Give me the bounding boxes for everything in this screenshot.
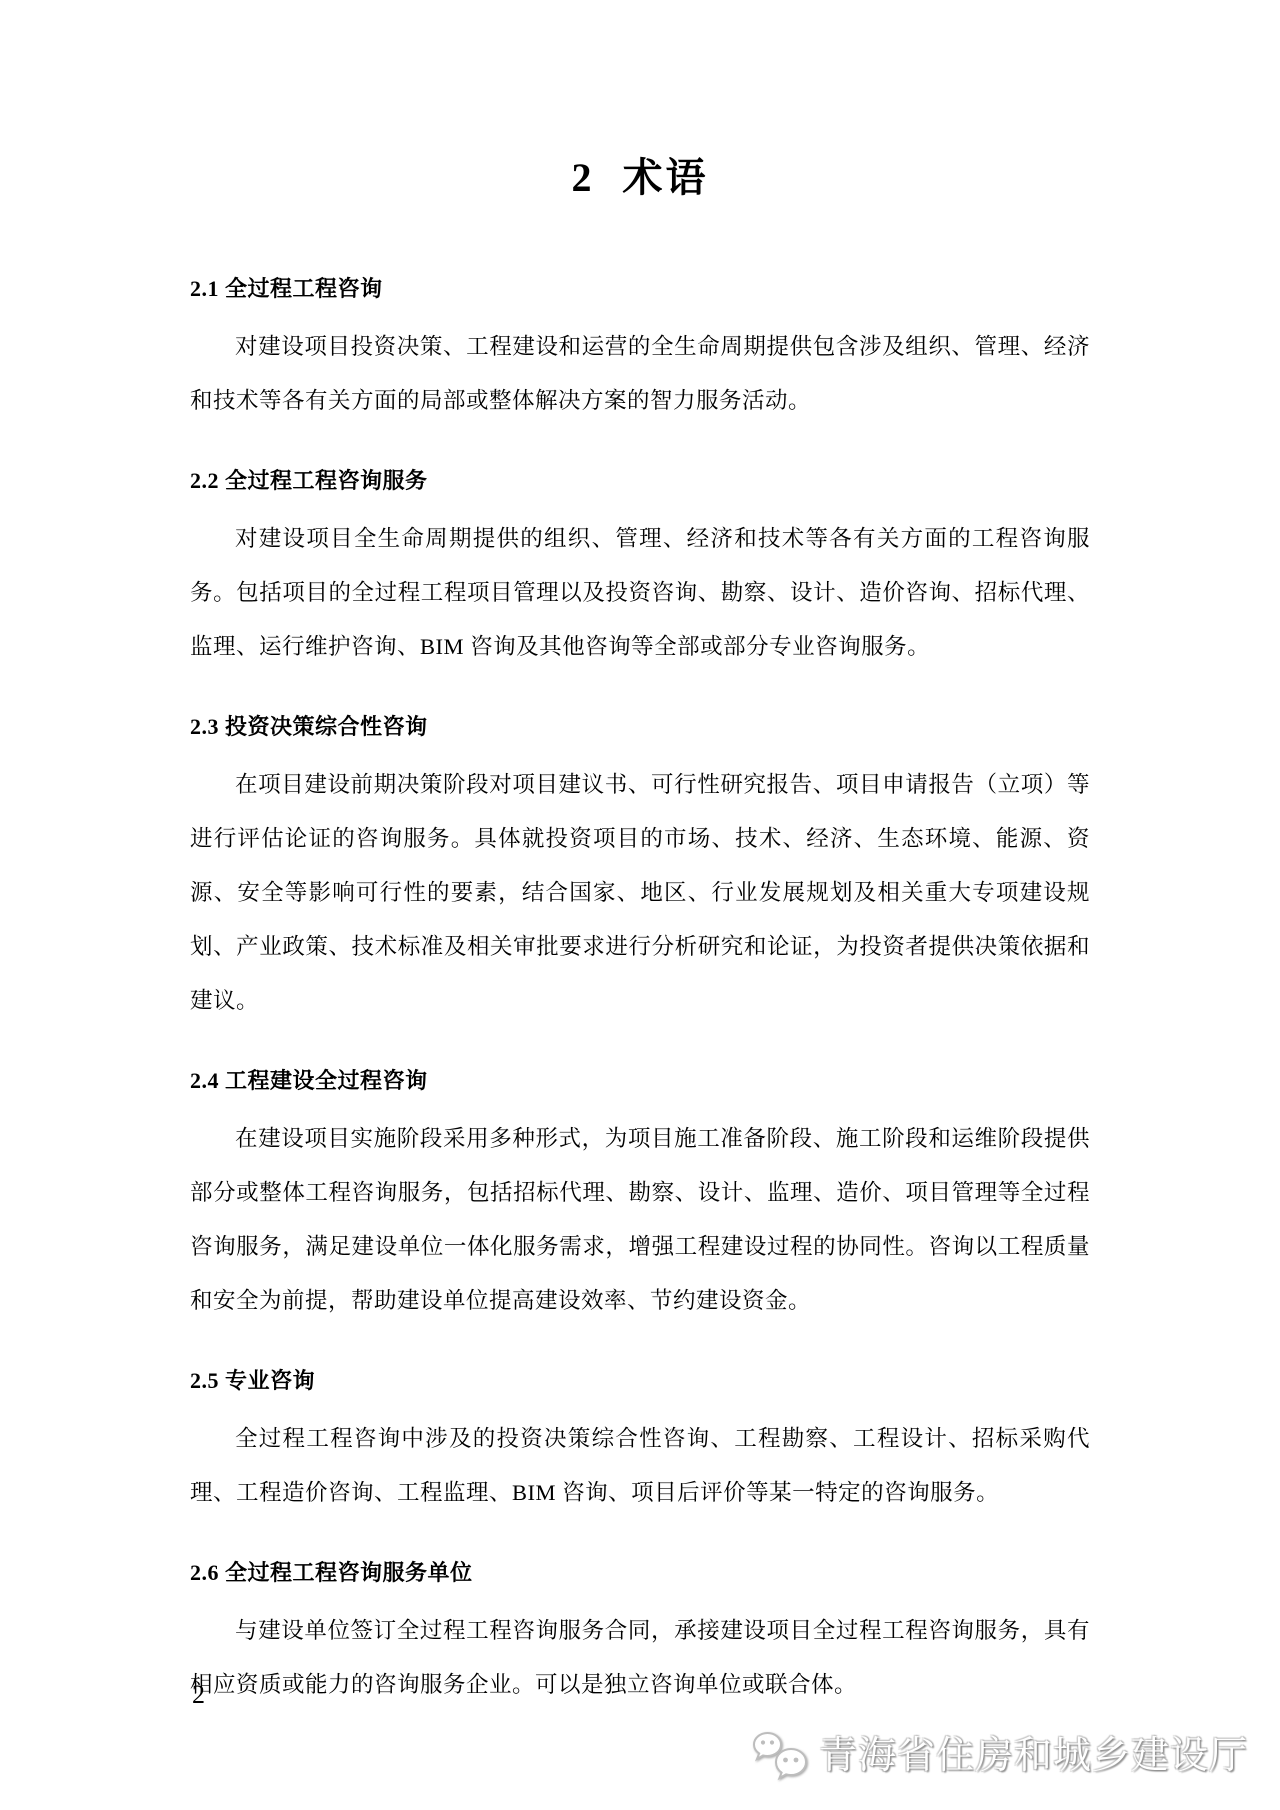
page-number: 2: [192, 1680, 205, 1710]
section-body: 全过程工程咨询中涉及的投资决策综合性咨询、工程勘察、工程设计、招标采购代理、工程…: [190, 1412, 1090, 1520]
section-body: 对建设项目全生命周期提供的组织、管理、经济和技术等各有关方面的工程咨询服务。包括…: [190, 512, 1090, 674]
section-body: 在项目建设前期决策阶段对项目建议书、可行性研究报告、项目申请报告（立项）等进行评…: [190, 758, 1090, 1028]
section-heading: 2.1 全过程工程咨询: [190, 274, 1090, 304]
watermark: 青海省住房和城乡建设厅: [751, 1730, 1248, 1782]
section-2-2: 2.2 全过程工程咨询服务 对建设项目全生命周期提供的组织、管理、经济和技术等各…: [190, 466, 1090, 674]
section-body: 在建设项目实施阶段采用多种形式，为项目施工准备阶段、施工阶段和运维阶段提供部分或…: [190, 1112, 1090, 1328]
chapter-number: 2: [572, 155, 595, 200]
section-body: 与建设单位签订全过程工程咨询服务合同，承接建设项目全过程工程咨询服务，具有相应资…: [190, 1604, 1090, 1712]
section-2-5: 2.5 专业咨询 全过程工程咨询中涉及的投资决策综合性咨询、工程勘察、工程设计、…: [190, 1366, 1090, 1520]
watermark-text: 青海省住房和城乡建设厅: [819, 1734, 1248, 1778]
document-page: 2术语 2.1 全过程工程咨询 对建设项目投资决策、工程建设和运营的全生命周期提…: [0, 0, 1280, 1810]
section-body: 对建设项目投资决策、工程建设和运营的全生命周期提供包含涉及组织、管理、经济和技术…: [190, 320, 1090, 428]
document-content: 2术语 2.1 全过程工程咨询 对建设项目投资决策、工程建设和运营的全生命周期提…: [190, 150, 1090, 1712]
chapter-title-text: 术语: [623, 155, 709, 200]
section-heading: 2.4 工程建设全过程咨询: [190, 1066, 1090, 1096]
wechat-icon: [751, 1730, 809, 1782]
section-2-4: 2.4 工程建设全过程咨询 在建设项目实施阶段采用多种形式，为项目施工准备阶段、…: [190, 1066, 1090, 1328]
section-2-1: 2.1 全过程工程咨询 对建设项目投资决策、工程建设和运营的全生命周期提供包含涉…: [190, 274, 1090, 428]
section-2-6: 2.6 全过程工程咨询服务单位 与建设单位签订全过程工程咨询服务合同，承接建设项…: [190, 1558, 1090, 1712]
section-2-3: 2.3 投资决策综合性咨询 在项目建设前期决策阶段对项目建议书、可行性研究报告、…: [190, 712, 1090, 1028]
section-heading: 2.6 全过程工程咨询服务单位: [190, 1558, 1090, 1588]
section-heading: 2.3 投资决策综合性咨询: [190, 712, 1090, 742]
section-heading: 2.2 全过程工程咨询服务: [190, 466, 1090, 496]
section-heading: 2.5 专业咨询: [190, 1366, 1090, 1396]
chapter-title: 2术语: [190, 150, 1090, 206]
